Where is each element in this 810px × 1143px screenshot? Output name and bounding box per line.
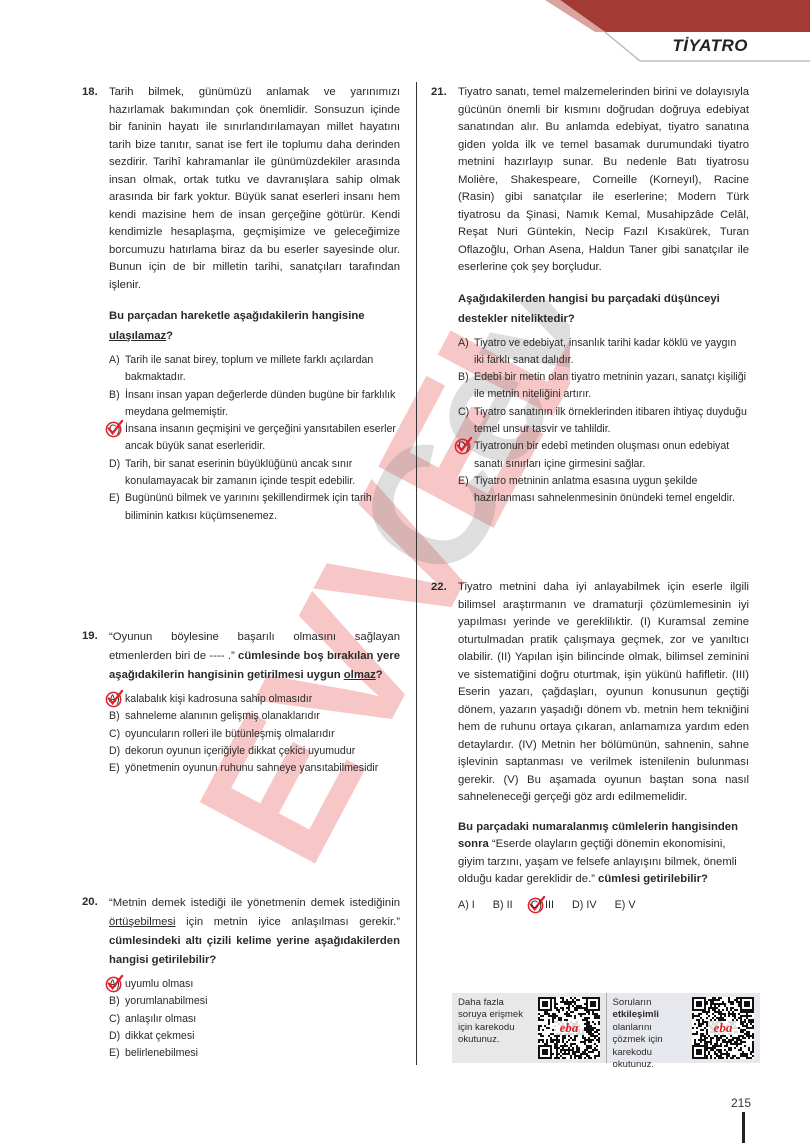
option-d[interactable]: D) IV bbox=[572, 897, 597, 915]
column-divider bbox=[416, 82, 417, 1065]
qr-code-box: Daha fazla soruya erişmek için karekodu … bbox=[452, 993, 760, 1063]
option-text: dekorun oyunun içeriğiyle dikkat çekici … bbox=[125, 745, 355, 757]
option-e[interactable]: E)Tiyatro metninin anlatma esasına uygun… bbox=[458, 473, 749, 508]
qr-caption: Soruların etkileşimli olanlarını çözmek … bbox=[613, 997, 687, 1059]
option-b[interactable]: B)İnsanı insan yapan değerlerde dünden b… bbox=[109, 387, 400, 422]
check-mark-icon bbox=[105, 689, 124, 708]
qr-code-icon[interactable]: eba bbox=[538, 997, 600, 1059]
question-stem: Bu parçadaki numaralanmış cümlelerin han… bbox=[458, 819, 749, 889]
option-text: oyuncuların rolleri ile bütünleşmiş olma… bbox=[125, 728, 335, 740]
option-c[interactable]: C)anlaşılır olması bbox=[109, 1011, 400, 1028]
option-text: anlaşılır olması bbox=[125, 1013, 196, 1025]
question-number: 18. bbox=[82, 84, 98, 102]
option-c[interactable]: C)Tiyatro sanatının ilk örneklerinden it… bbox=[458, 404, 749, 439]
options-list: A)Tarih ile sanat birey, toplum ve mille… bbox=[109, 352, 400, 525]
question-stem: “Metnin demek istediği ile yönetmenin de… bbox=[109, 894, 400, 970]
question-stem: Bu parçadan hareketle aşağıdakilerin han… bbox=[109, 306, 400, 346]
option-text: İnsana insanın geçmişini ve gerçeğini ya… bbox=[125, 423, 396, 452]
qr-caption: Daha fazla soruya erişmek için karekodu … bbox=[458, 997, 532, 1059]
page-number: 215 bbox=[731, 1096, 751, 1110]
option-c[interactable]: C)İnsana insanın geçmişini ve gerçeğini … bbox=[109, 421, 400, 456]
option-b[interactable]: B) II bbox=[493, 897, 513, 915]
svg-text:eba: eba bbox=[714, 1020, 733, 1035]
chapter-title: TİYATRO bbox=[672, 36, 748, 56]
option-text: Tiyatro sanatının ilk örneklerinden itib… bbox=[474, 406, 747, 435]
option-label: D) bbox=[109, 1028, 120, 1045]
option-text: Edebî bir metin olan tiyatro metninin ya… bbox=[474, 371, 746, 400]
option-label: E) bbox=[458, 473, 469, 490]
option-a[interactable]: A) I bbox=[458, 897, 475, 915]
question-stem: Aşağıdakilerden hangisi bu parçadaki düş… bbox=[458, 289, 749, 329]
option-e[interactable]: E)Bugününü bilmek ve yarınını şekillendi… bbox=[109, 490, 400, 525]
option-b[interactable]: B)Edebî bir metin olan tiyatro metninin … bbox=[458, 369, 749, 404]
check-mark-icon bbox=[105, 974, 124, 993]
option-e[interactable]: E)belirlenebilmesi bbox=[109, 1045, 400, 1062]
option-text: İnsanı insan yapan değerlerde dünden bug… bbox=[125, 389, 395, 418]
option-label: B) bbox=[458, 369, 469, 386]
option-label: C) bbox=[458, 404, 469, 421]
option-a[interactable]: A)Tiyatro ve edebiyat, insanlık tarihi k… bbox=[458, 335, 749, 370]
option-d[interactable]: D)Tiyatronun bir edebî metinden oluşması… bbox=[458, 438, 749, 473]
option-label: E) bbox=[109, 1045, 120, 1062]
option-label: A) bbox=[458, 335, 469, 352]
question-number: 21. bbox=[431, 84, 447, 102]
question-passage: Tarih bilmek, günümüzü anlamak ve yarını… bbox=[109, 84, 400, 294]
option-label: E) bbox=[109, 760, 120, 777]
question-number: 22. bbox=[431, 579, 447, 597]
option-a[interactable]: A)uyumlu olması bbox=[109, 976, 400, 993]
option-label: D) bbox=[109, 456, 120, 473]
svg-text:eba: eba bbox=[559, 1020, 578, 1035]
option-e[interactable]: E) V bbox=[615, 897, 636, 915]
option-text: Tarih ile sanat birey, toplum ve millete… bbox=[125, 354, 373, 383]
question-21: 21. Tiyatro sanatı, temel malzemelerinde… bbox=[431, 84, 749, 507]
options-list: A)Tiyatro ve edebiyat, insanlık tarihi k… bbox=[458, 335, 749, 508]
option-a[interactable]: A)kalabalık kişi kadrosuna sahip olmasıd… bbox=[109, 691, 400, 708]
qr-cell-interactive: Soruların etkileşimli olanlarını çözmek … bbox=[606, 993, 761, 1063]
option-c[interactable]: C)oyuncuların rolleri ile bütünleşmiş ol… bbox=[109, 726, 400, 743]
option-text: Bugününü bilmek ve yarınını şekillendirm… bbox=[125, 492, 372, 521]
question-22: 22. Tiyatro metnini daha iyi anlayabilme… bbox=[431, 579, 749, 914]
option-text: uyumlu olması bbox=[125, 978, 193, 990]
check-mark-icon bbox=[454, 436, 473, 455]
check-mark-icon bbox=[105, 419, 124, 438]
option-text: kalabalık kişi kadrosuna sahip olmasıdır bbox=[125, 693, 312, 705]
option-label: A) bbox=[109, 352, 120, 369]
option-text: Tiyatronun bir edebî metinden oluşması o… bbox=[474, 440, 729, 469]
option-d[interactable]: D)dikkat çekmesi bbox=[109, 1028, 400, 1045]
question-stem: “Oyunun böylesine başarılı olmasını sağl… bbox=[109, 628, 400, 685]
question-20: 20. “Metnin demek istediği ile yönetmeni… bbox=[82, 894, 400, 1062]
question-passage: Tiyatro sanatı, temel malzemelerinden bi… bbox=[458, 84, 749, 277]
question-18: 18. Tarih bilmek, günümüzü anlamak ve ya… bbox=[82, 84, 400, 525]
option-text: belirlenebilmesi bbox=[125, 1047, 198, 1059]
option-text: Tiyatro ve edebiyat, insanlık tarihi kad… bbox=[474, 337, 736, 366]
option-b[interactable]: B)yorumlanabilmesi bbox=[109, 993, 400, 1010]
option-label: C) bbox=[109, 1011, 120, 1028]
option-label: E) bbox=[109, 490, 120, 507]
qr-cell-more-questions: Daha fazla soruya erişmek için karekodu … bbox=[452, 993, 606, 1063]
header-band bbox=[0, 0, 810, 70]
option-label: C) bbox=[109, 726, 120, 743]
option-label: B) bbox=[109, 708, 120, 725]
question-number: 19. bbox=[82, 628, 98, 646]
option-text: yönetmenin oyunun ruhunu sahneye yansıta… bbox=[125, 762, 378, 774]
option-text: dikkat çekmesi bbox=[125, 1030, 194, 1042]
question-19: 19. “Oyunun böylesine başarılı olmasını … bbox=[82, 628, 400, 777]
option-d[interactable]: D)dekorun oyunun içeriğiyle dikkat çekic… bbox=[109, 743, 400, 760]
options-list: A)uyumlu olmasıB)yorumlanabilmesiC)anlaş… bbox=[109, 976, 400, 1062]
option-label: D) bbox=[109, 743, 120, 760]
option-d[interactable]: D)Tarih, bir sanat eserinin büyüklüğünü … bbox=[109, 456, 400, 491]
option-e[interactable]: E)yönetmenin oyunun ruhunu sahneye yansı… bbox=[109, 760, 400, 777]
question-number: 20. bbox=[82, 894, 98, 912]
option-b[interactable]: B)sahneleme alanının gelişmiş olanakları… bbox=[109, 708, 400, 725]
option-a[interactable]: A)Tarih ile sanat birey, toplum ve mille… bbox=[109, 352, 400, 387]
option-text: Tiyatro metninin anlatma esasına uygun ş… bbox=[474, 475, 735, 504]
option-text: sahneleme alanının gelişmiş olanaklarıdı… bbox=[125, 710, 320, 722]
question-passage: Tiyatro metnini daha iyi anlayabilmek iç… bbox=[458, 579, 749, 807]
option-c[interactable]: C) III bbox=[531, 897, 554, 915]
options-list: A)kalabalık kişi kadrosuna sahip olmasıd… bbox=[109, 691, 400, 777]
option-text: yorumlanabilmesi bbox=[125, 995, 207, 1007]
option-label: B) bbox=[109, 387, 120, 404]
options-list: A) IB) IIC) IIID) IVE) V bbox=[458, 897, 749, 915]
option-text: Tarih, bir sanat eserinin büyüklüğünü an… bbox=[125, 458, 355, 487]
option-label: B) bbox=[109, 993, 120, 1010]
qr-code-icon[interactable]: eba bbox=[692, 997, 754, 1059]
page-marker bbox=[742, 1112, 745, 1143]
